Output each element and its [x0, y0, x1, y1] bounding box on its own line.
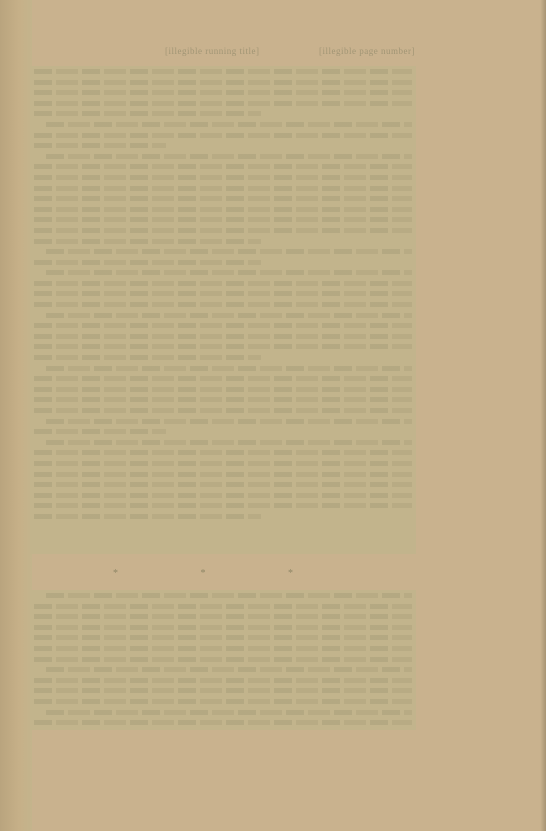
- page-number: [illegible page number]: [319, 46, 415, 56]
- paragraph: [30, 590, 416, 728]
- running-title: [illegible running title]: [165, 46, 259, 56]
- book-spine-shadow: [0, 0, 32, 831]
- lower-text-block: [body text illegible in scan]: [30, 590, 416, 730]
- page-edge: [540, 0, 546, 831]
- section-break: * * *: [30, 568, 416, 579]
- upper-text-block: [body text illegible in scan]: [30, 66, 416, 554]
- running-header: [illegible running title] [illegible pag…: [165, 44, 415, 58]
- paragraph: [30, 66, 416, 522]
